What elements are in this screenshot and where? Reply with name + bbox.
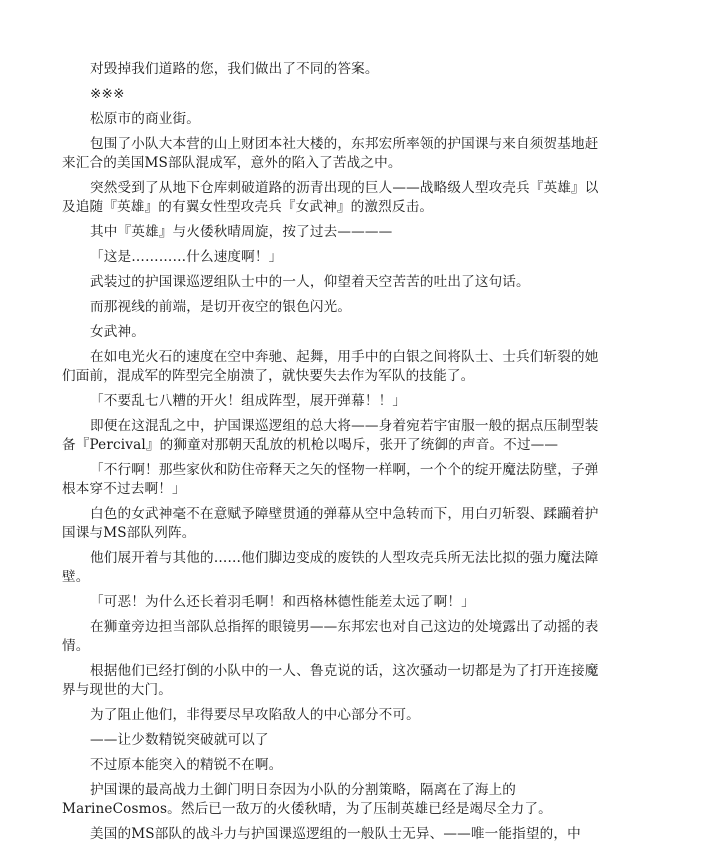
scene-break: ※※※ [62,85,602,104]
dialogue: 「可恶！为什么还长着羽毛啊！和西格林德性能差太远了啊！」 [62,593,602,612]
paragraph: 在如电光火石的速度在空中奔驰、起舞，用手中的白银之间将队士、士兵们斩裂的她们面前… [62,348,602,386]
paragraph: 即便在这混乱之中，护国课巡逻组的总大将——身着宛若宇宙服一般的据点压制型装备『P… [62,417,602,455]
paragraph: 突然受到了从地下仓库刺破道路的沥青出现的巨人——战略级人型攻壳兵『英雄』以及追随… [62,179,602,217]
dialogue: 「这是…………什么速度啊！」 [62,248,602,267]
paragraph: 对毁掉我们道路的您，我们做出了不同的答案。 [62,60,602,79]
paragraph: 为了阻止他们，非得要尽早攻陷敌人的中心部分不可。 [62,706,602,725]
dialogue: 「不要乱七八糟的开火！组成阵型，展开弹幕！！」 [62,392,602,411]
paragraph: 松原市的商业街。 [62,110,602,129]
paragraph: 美国的MS部队的战斗力与护国课巡逻组的一般队士无异、——唯一能指望的，中 [62,825,602,844]
paragraph: 包围了小队大本营的山上财团本社大楼的，东邦宏所率领的护国课与来自须贺基地赶来汇合… [62,135,602,173]
paragraph: 女武神。 [62,323,602,342]
paragraph: 武装过的护国课巡逻组队士中的一人，仰望着天空苦苦的吐出了这句话。 [62,273,602,292]
paragraph: 其中『英雄』与火倭秋晴周旋，按了过去———— [62,223,602,242]
dialogue: 「不行啊！那些家伙和防住帝释天之矢的怪物一样啊，一个个的绽开魔法防壁，子弹根本穿… [62,461,602,499]
paragraph: 他们展开着与其他的……他们脚边变成的废铁的人型攻壳兵所无法比拟的强力魔法障壁。 [62,549,602,587]
paragraph: 护国课的最高战力土御门明日奈因为小队的分割策略，隔离在了海上的MarineCos… [62,781,602,819]
paragraph: 白色的女武神毫不在意赋予障壁贯通的弹幕从空中急转而下，用白刃斩裂、蹂躏着护国课与… [62,505,602,543]
paragraph: 而那视线的前端，是切开夜空的银色闪光。 [62,298,602,317]
paragraph: 根据他们已经打倒的小队中的一人、鲁克说的话，这次骚动一切都是为了打开连接魔界与现… [62,662,602,700]
paragraph: 不过原本能突入的精锐不在啊。 [62,756,602,775]
paragraph: ——让少数精锐突破就可以了 [62,731,602,750]
paragraph: 在狮童旁边担当部队总指挥的眼镜男——东邦宏也对自己这边的处境露出了动摇的表情。 [62,618,602,656]
document-page: 对毁掉我们道路的您，我们做出了不同的答案。 ※※※ 松原市的商业街。 包围了小队… [62,60,602,850]
